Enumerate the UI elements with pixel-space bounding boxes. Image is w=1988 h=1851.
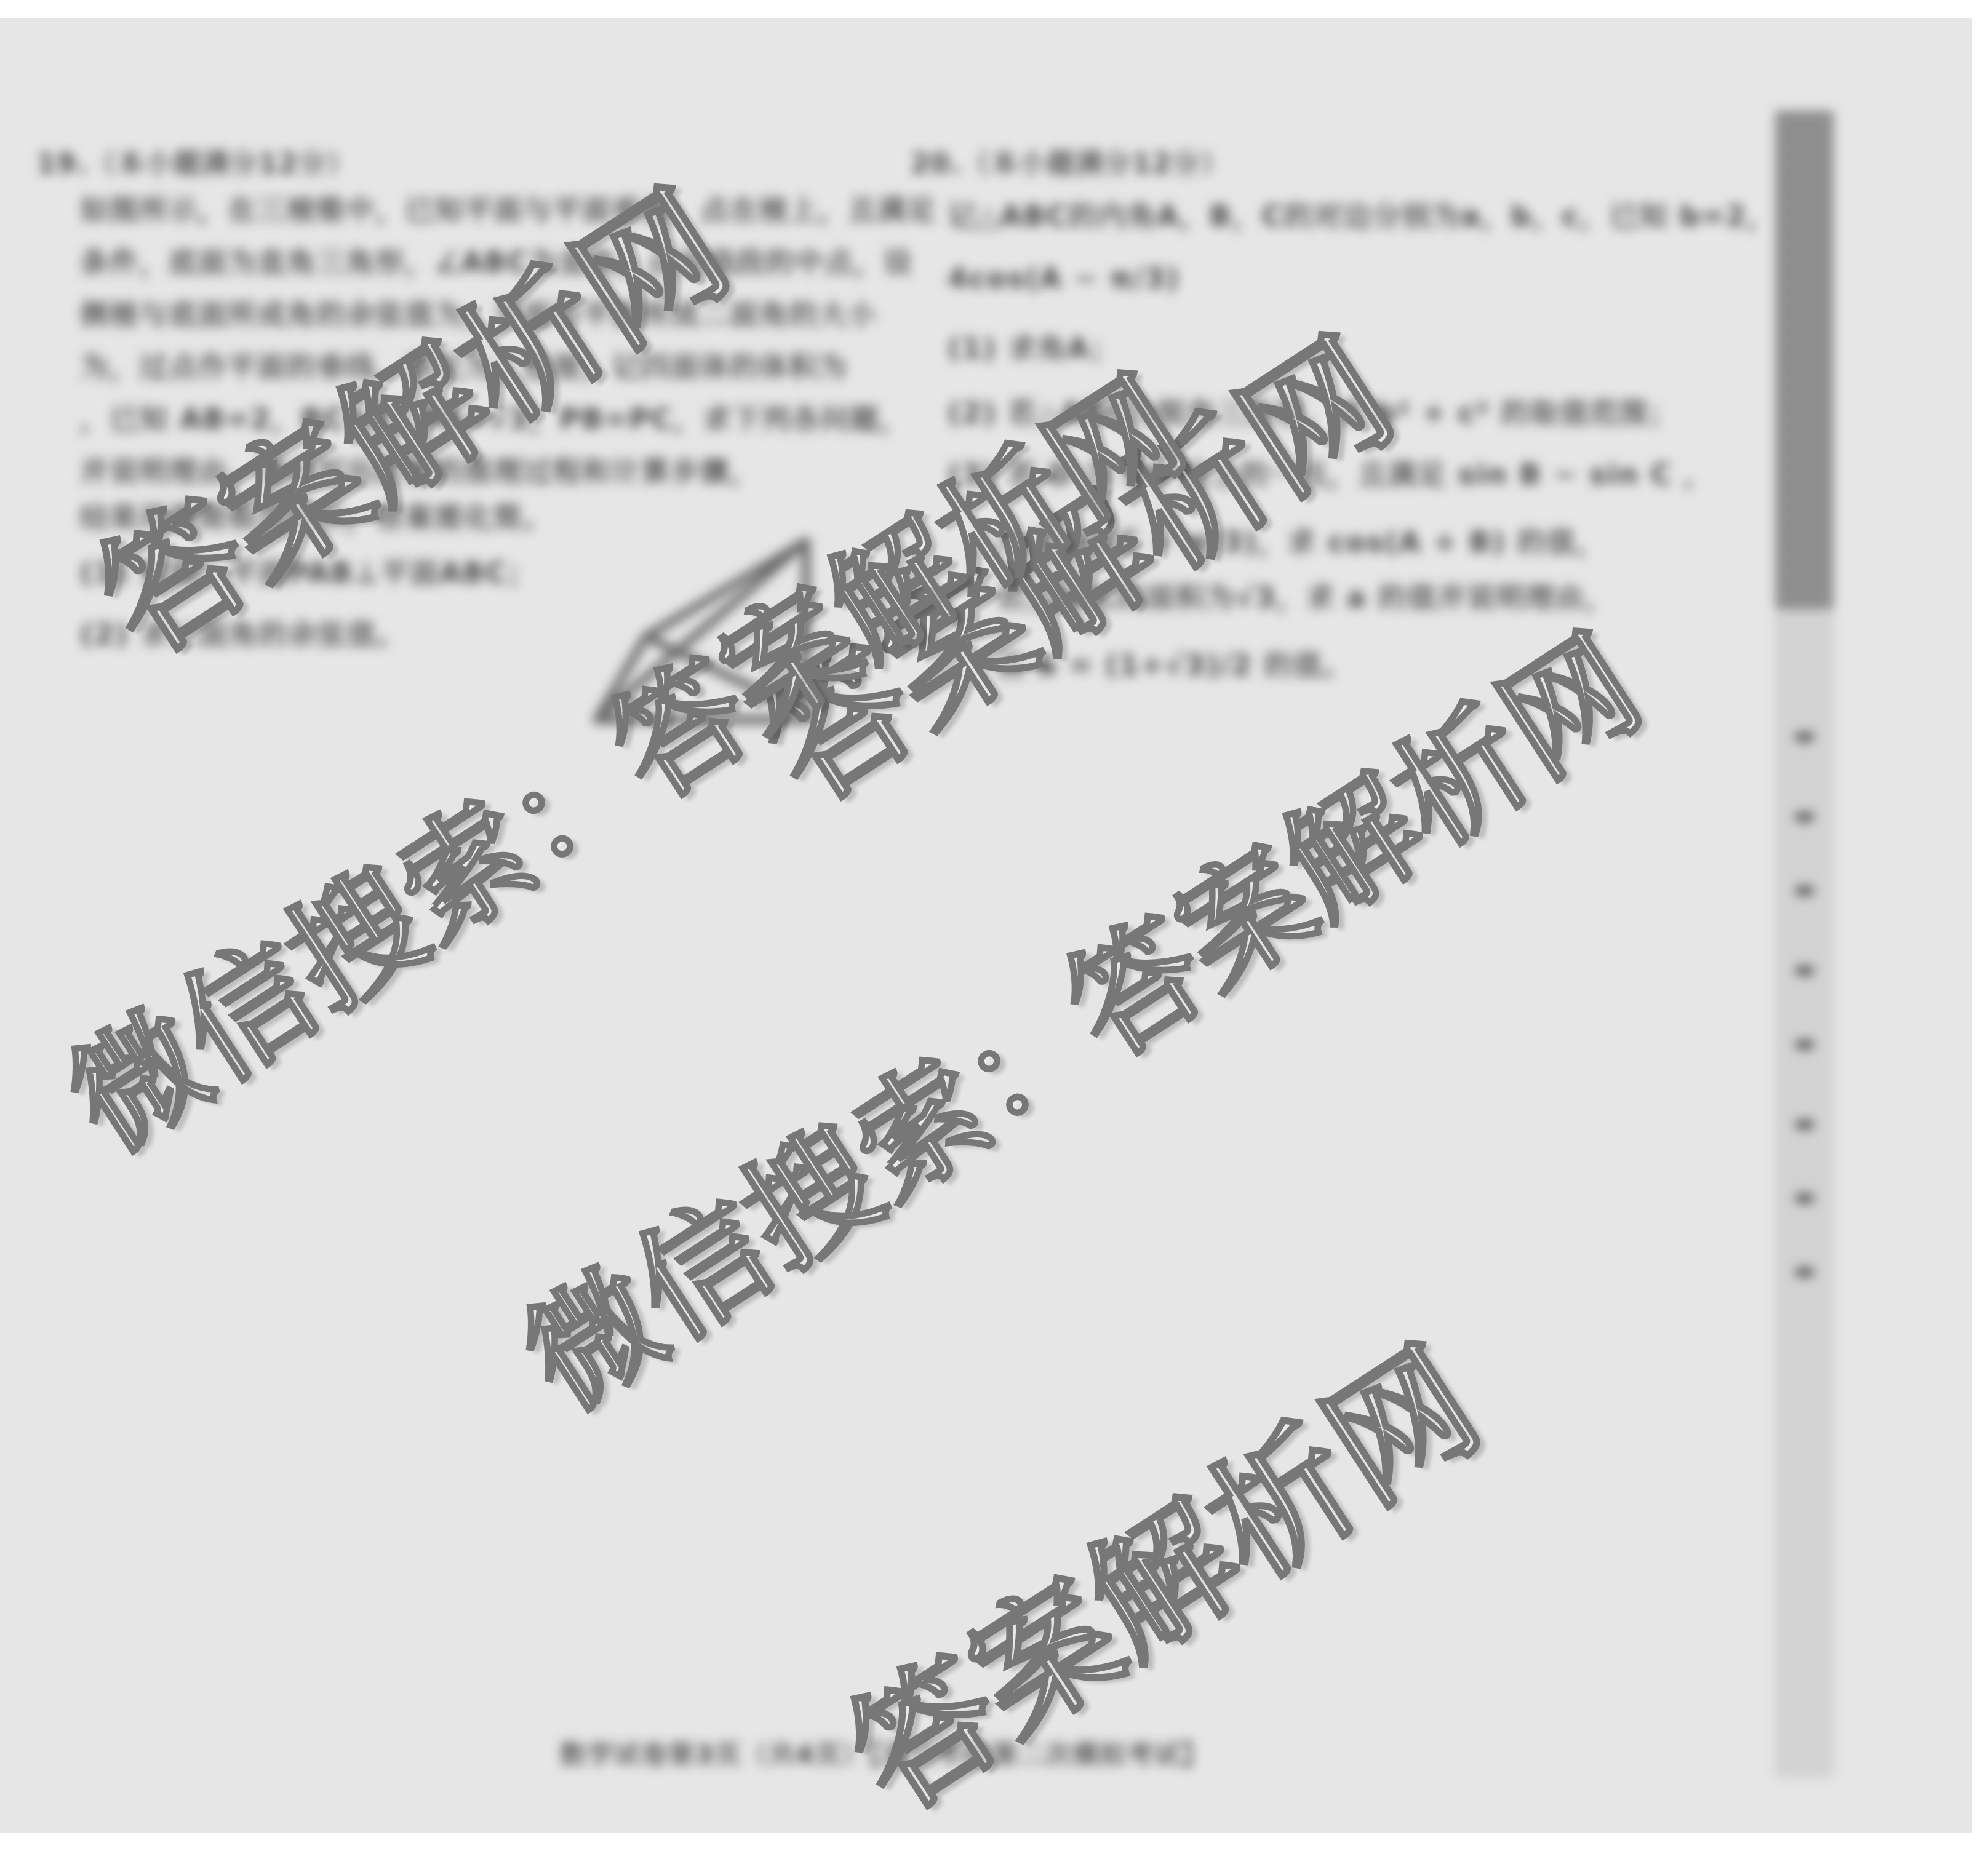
binding-dot bbox=[1795, 732, 1814, 742]
binding-dot bbox=[1795, 966, 1814, 976]
right-line: 4cos(A − π/3) bbox=[948, 261, 1180, 295]
binding-dot bbox=[1795, 886, 1814, 896]
binding-dot bbox=[1795, 1040, 1814, 1049]
binding-strip-dark-section bbox=[1775, 111, 1834, 609]
right-question-heading: 20.（本小题满分12分） bbox=[911, 141, 1229, 181]
binding-dot bbox=[1795, 1193, 1814, 1203]
left-paragraph-line: 如图所示，在三棱锥中，已知平面与平面垂直，点在棱上，且满足 bbox=[80, 188, 936, 228]
right-line: 记△ABC的内角A，B，C的对边分别为a，b，c，已知 b=2，且 bbox=[948, 194, 1806, 234]
binding-strip bbox=[1775, 111, 1834, 1778]
binding-dot bbox=[1795, 1120, 1814, 1129]
binding-dot bbox=[1795, 812, 1814, 822]
binding-dot bbox=[1795, 1267, 1814, 1277]
left-question-heading: 19.（本小题满分12分） bbox=[37, 141, 355, 181]
